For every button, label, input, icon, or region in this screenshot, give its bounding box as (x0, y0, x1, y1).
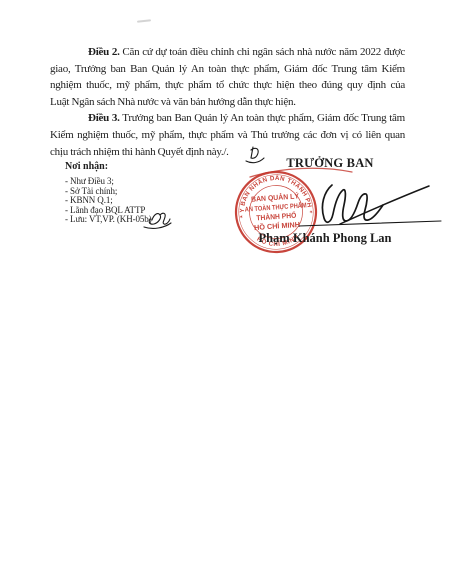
handwritten-initial-mark (144, 213, 171, 228)
stamp-separator-star: ✶ (309, 209, 314, 215)
handwritten-initial-mark (246, 147, 264, 163)
signer-name: Phạm Khánh Phong Lan (240, 231, 410, 246)
stamp-center-line: BAN QUẢN LÝ (251, 191, 300, 203)
stamp-and-ink-layer: ỦY BAN NHÂN DÂN THÀNH PHỐ HỒ CHÍ MINH ✶ … (0, 0, 450, 582)
stamp-separator-star: ✶ (239, 214, 244, 220)
signature-ink (299, 185, 441, 226)
document-page: Điều 2. Căn cứ dự toán điều chỉnh chi ng… (0, 0, 450, 582)
